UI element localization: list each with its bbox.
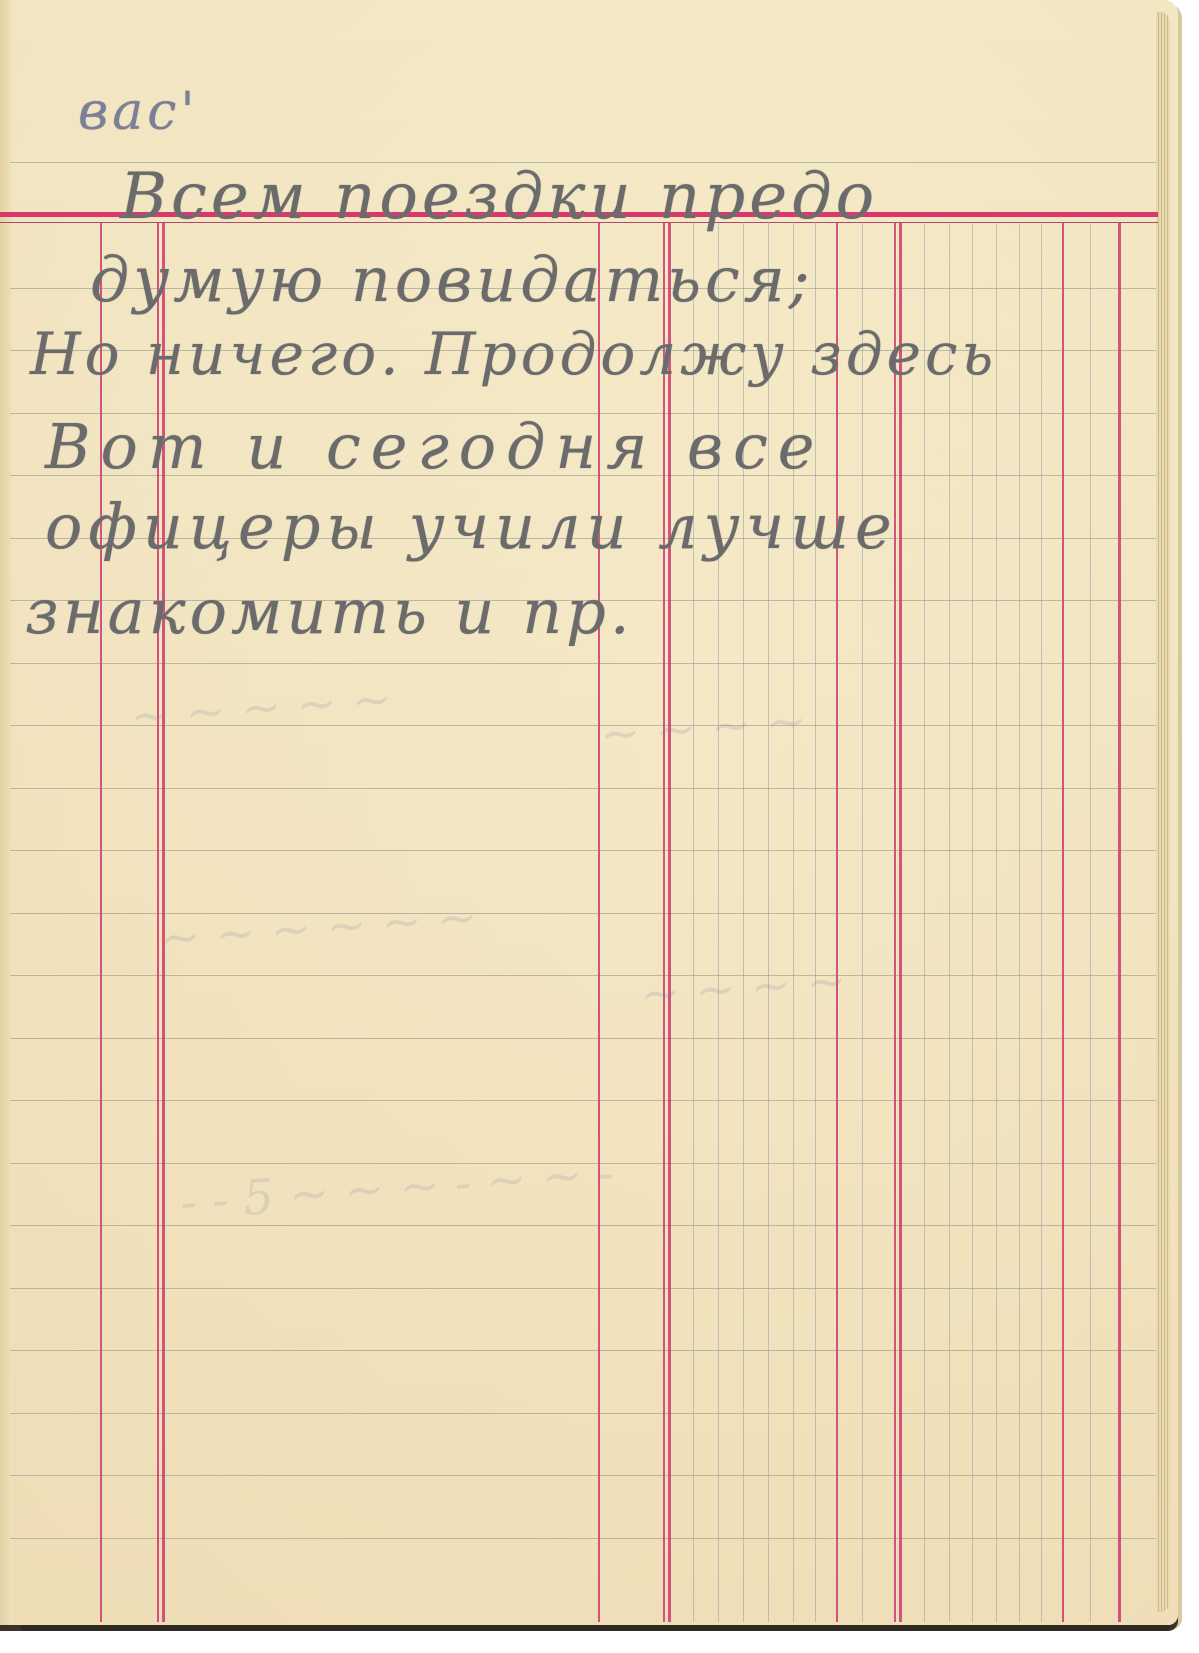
column-rule-blue xyxy=(996,222,997,1622)
column-rule-blue xyxy=(972,222,973,1622)
handwritten-line-5: офицеры учили лучше xyxy=(45,490,898,563)
ruled-line xyxy=(10,788,1156,789)
bleed-through-text: - - 5 ~ ~ ~ - ~ ~ - xyxy=(179,1145,616,1231)
column-rule-red xyxy=(899,222,902,1622)
column-rule-blue xyxy=(1019,222,1020,1622)
column-rule-red xyxy=(836,222,838,1622)
handwritten-line-3: Но ничего. Продолжу здесь xyxy=(30,320,997,388)
handwritten-heading: вас' xyxy=(78,82,199,142)
column-rule-blue xyxy=(949,222,950,1622)
column-rule-blue xyxy=(862,222,863,1622)
bleed-through-text: ~ ~ ~ ~ xyxy=(598,693,808,763)
page-stack-edge xyxy=(1156,12,1170,1612)
page-bottom-shadow xyxy=(20,1625,1170,1631)
column-rule-blue xyxy=(924,222,925,1622)
column-rule-blue xyxy=(1090,222,1091,1622)
handwritten-line-6: знакомить и пр. xyxy=(25,575,634,648)
handwritten-line-4: Вот и сегодня все xyxy=(45,410,825,483)
page-spine xyxy=(0,0,12,1625)
ruled-line xyxy=(10,1475,1156,1476)
ruled-line xyxy=(10,663,1156,664)
ruled-line xyxy=(10,1038,1156,1039)
ruled-line xyxy=(10,1100,1156,1101)
column-rule-red xyxy=(1118,222,1121,1622)
ruled-line xyxy=(10,1350,1156,1351)
ruled-line xyxy=(10,1413,1156,1414)
ruled-line xyxy=(10,850,1156,851)
column-rule-blue xyxy=(1041,222,1042,1622)
ruled-line xyxy=(10,1538,1156,1539)
handwritten-line-2: думую повидаться; xyxy=(90,243,814,316)
column-rule-red xyxy=(1062,222,1064,1622)
notebook-page: ~ ~ ~ ~ ~ ~ ~ ~ ~ ~ ~ ~ ~ ~ ~ ~ ~ ~ ~ - … xyxy=(0,0,1178,1625)
bleed-through-text: ~ ~ ~ ~ ~ xyxy=(128,671,393,745)
handwritten-line-1: Всем поездки предо xyxy=(120,160,878,234)
ruled-line xyxy=(10,1288,1156,1289)
column-rule-red xyxy=(894,222,896,1622)
ruled-line xyxy=(10,975,1156,976)
bleed-through-text: ~ ~ ~ ~ ~ ~ xyxy=(158,889,479,967)
